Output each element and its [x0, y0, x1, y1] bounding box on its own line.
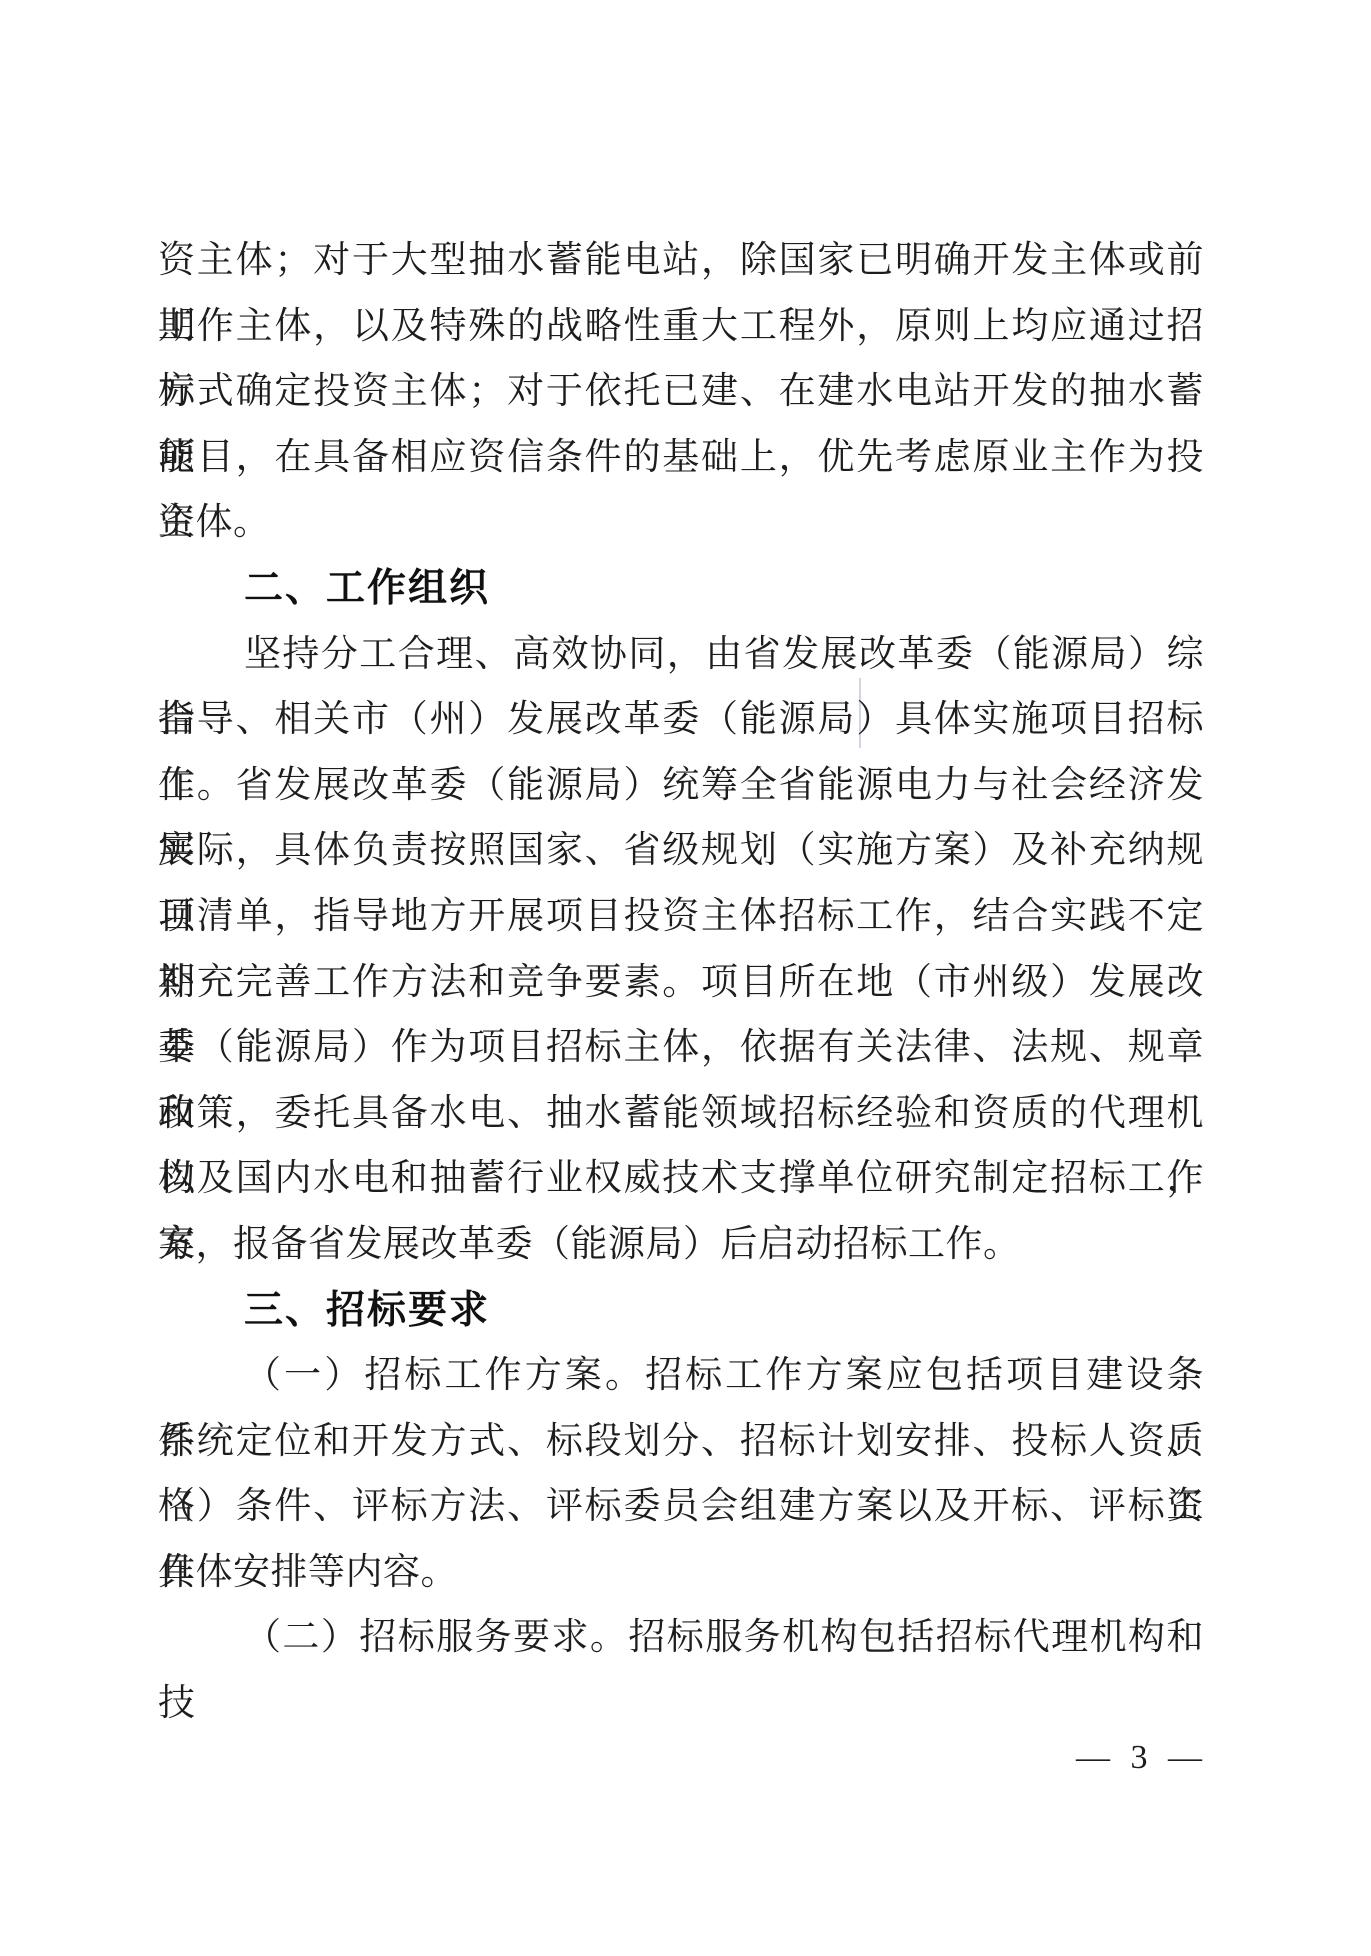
section-heading: 二、工作组织: [158, 556, 1204, 622]
document-page: 资主体；对于大型抽水蓄能电站，除国家已明确开发主体或前期工作主体，以及特殊的战略…: [0, 0, 1371, 1956]
text-line: 主体。: [158, 490, 1204, 556]
section-heading: 三、招标要求: [158, 1278, 1204, 1344]
text-line: 委（能源局）作为项目招标主体，依据有关法律、法规、规章和: [158, 1015, 1204, 1081]
text-line: 资主体；对于大型抽水蓄能电站，除国家已明确开发主体或前期: [158, 228, 1204, 294]
text-line: 补充完善工作方法和竞争要素。项目所在地（市州级）发展改革: [158, 950, 1204, 1016]
text-line: 具体安排等内容。: [158, 1540, 1204, 1606]
text-line: （二）招标服务要求。招标服务机构包括招标代理机构和技: [158, 1605, 1204, 1671]
page-number: — 3 —: [1076, 1737, 1208, 1779]
text-line: 以及国内水电和抽蓄行业权威技术支撑单位研究制定招标工作方: [158, 1146, 1204, 1212]
text-line: 方式确定投资主体；对于依托已建、在建水电站开发的抽水蓄能: [158, 359, 1204, 425]
text-line: 格）条件、评标方法、评标委员会组建方案以及开标、评标工作: [158, 1474, 1204, 1540]
text-line: 项目，在具备相应资信条件的基础上，优先考虑原业主作为投资: [158, 425, 1204, 491]
text-line: 政策，委托具备水电、抽水蓄能领域招标经验和资质的代理机构，: [158, 1081, 1204, 1147]
document-body: 资主体；对于大型抽水蓄能电站，除国家已明确开发主体或前期工作主体，以及特殊的战略…: [158, 228, 1204, 1671]
text-line: 坚持分工合理、高效协同，由省发展改革委（能源局）综合: [158, 622, 1204, 688]
text-line: 指导、相关市（州）发展改革委（能源局）具体实施项目招标工: [158, 687, 1204, 753]
text-line: 案，报备省发展改革委（能源局）后启动招标工作。: [158, 1212, 1204, 1278]
text-line: 目清单，指导地方开展项目投资主体招标工作，结合实践不定期: [158, 884, 1204, 950]
text-line: 作。省发展改革委（能源局）统筹全省能源电力与社会经济发展: [158, 753, 1204, 819]
text-line: （一）招标工作方案。招标工作方案应包括项目建设条件、: [158, 1343, 1204, 1409]
text-line: 工作主体，以及特殊的战略性重大工程外，原则上均应通过招标: [158, 294, 1204, 360]
text-line: 系统定位和开发方式、标段划分、招标计划安排、投标人资质（资: [158, 1409, 1204, 1475]
text-line: 实际，具体负责按照国家、省级规划（实施方案）及补充纳规项: [158, 818, 1204, 884]
